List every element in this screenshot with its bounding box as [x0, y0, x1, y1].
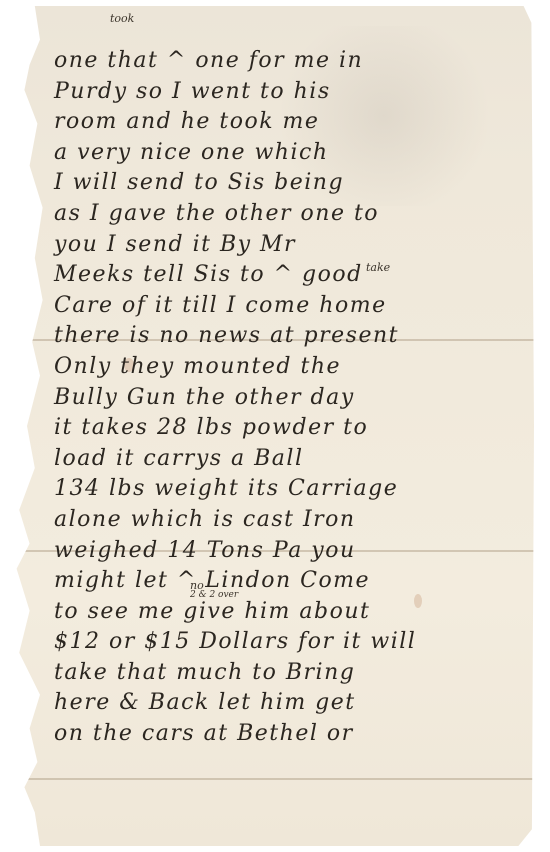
letter-line: you I send it By Mr: [54, 230, 534, 261]
letter-line: Care of it till I come home: [54, 291, 534, 322]
letter-line: take that much to Bring: [54, 658, 534, 689]
letter-line: it takes 28 lbs powder to: [54, 413, 534, 444]
fold-crease: [14, 778, 534, 780]
letter-line: alone which is cast Iron: [54, 505, 534, 536]
letter-line: might let ^ Lindon Come: [54, 566, 534, 597]
letter-line: $12 or $15 Dollars for it will: [54, 627, 534, 658]
letter-line: weighed 14 Tons Pa you: [54, 536, 534, 567]
insertion-note: took: [110, 12, 134, 25]
letter-line: one that ^ one for me in: [54, 46, 534, 77]
letter-line: a very nice one which: [54, 138, 534, 169]
letter-line: here & Back let him get: [54, 688, 534, 719]
letter-body: one that ^ one for me in Purdy so I went…: [54, 46, 534, 750]
letter-line: Meeks tell Sis to ^ good: [54, 260, 534, 291]
letter-line: Bully Gun the other day: [54, 383, 534, 414]
letter-line: room and he took me: [54, 107, 534, 138]
letter-line: there is no news at present: [54, 321, 534, 352]
letter-line: to see me give him about: [54, 597, 534, 628]
letter-line: as I gave the other one to: [54, 199, 534, 230]
letter-page: took take no 2 & 2 over one that ^ one f…: [14, 6, 534, 846]
letter-line: Purdy so I went to his: [54, 77, 534, 108]
letter-line: I will send to Sis being: [54, 168, 534, 199]
letter-line: Only they mounted the: [54, 352, 534, 383]
letter-line: 134 lbs weight its Carriage: [54, 474, 534, 505]
letter-line: on the cars at Bethel or: [54, 719, 534, 750]
letter-line: load it carrys a Ball: [54, 444, 534, 475]
